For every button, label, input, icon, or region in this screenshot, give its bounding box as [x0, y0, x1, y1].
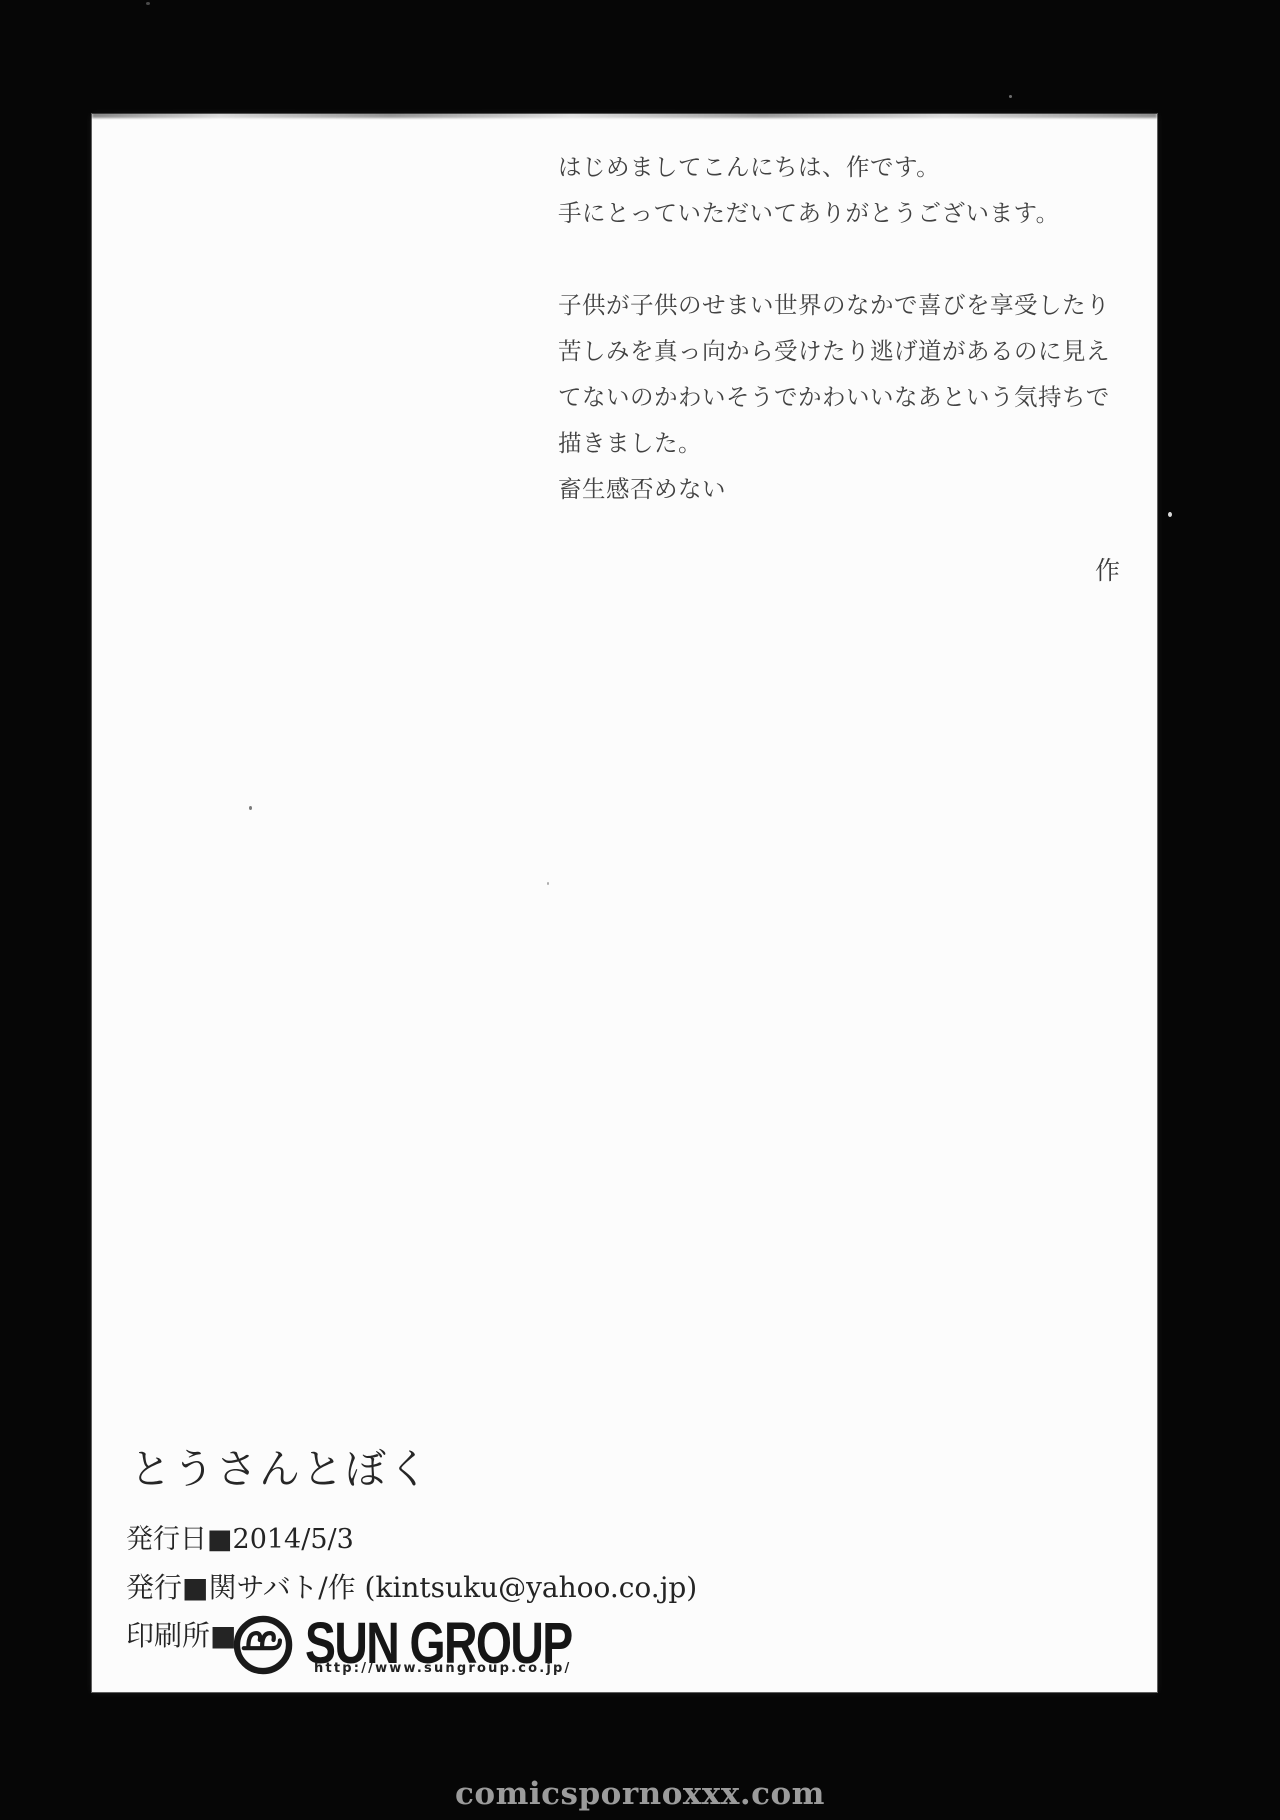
paper-sheet: はじめましてこんにちは、作です。 手にとっていただいてありがとうございます。 子…: [92, 114, 1157, 1692]
printer-url: http://www.sungroup.co.jp/: [314, 1661, 572, 1676]
watermark-text: comicspornoxxx.com: [0, 1776, 1280, 1812]
dust-speck: [146, 2, 150, 5]
afterword-line: 描きました。: [558, 420, 1110, 466]
afterword-line: てないのかわいそうでかわいいなあという気持ちで: [558, 374, 1110, 420]
afterword-line-blank: [558, 236, 1110, 282]
afterword-line: 畜生感否めない: [558, 466, 1110, 512]
dust-speck: [249, 806, 252, 810]
afterword-line: 苦しみを真っ向から受けたり逃げ道があるのに見え: [558, 328, 1110, 374]
printer-label: 印刷所■: [126, 1614, 236, 1654]
afterword-line: 子供が子供のせまい世界のなかで喜びを享受したり: [558, 282, 1110, 328]
dust-speck: [1009, 95, 1012, 98]
author-signature: 作: [1095, 551, 1120, 587]
publisher-line: 発行■関サバト/作 (kintsuku@yahoo.co.jp): [126, 1566, 697, 1606]
afterword-line: 手にとっていただいてありがとうございます。: [558, 190, 1110, 236]
afterword-line: はじめましてこんにちは、作です。: [558, 144, 1110, 190]
dust-speck: [547, 882, 549, 885]
paper-top-edge-shadow: [92, 112, 1157, 118]
scan-background: { "paper": { "afterword": { "lines": [ "…: [0, 0, 1280, 1820]
issue-date-line: 発行日■2014/5/3: [126, 1517, 354, 1556]
book-title: とうさんとぼく: [130, 1436, 431, 1495]
sun-group-circle-logo-icon: [231, 1613, 295, 1677]
dust-speck: [1168, 512, 1172, 517]
afterword-text: はじめましてこんにちは、作です。 手にとっていただいてありがとうございます。 子…: [558, 144, 1110, 512]
